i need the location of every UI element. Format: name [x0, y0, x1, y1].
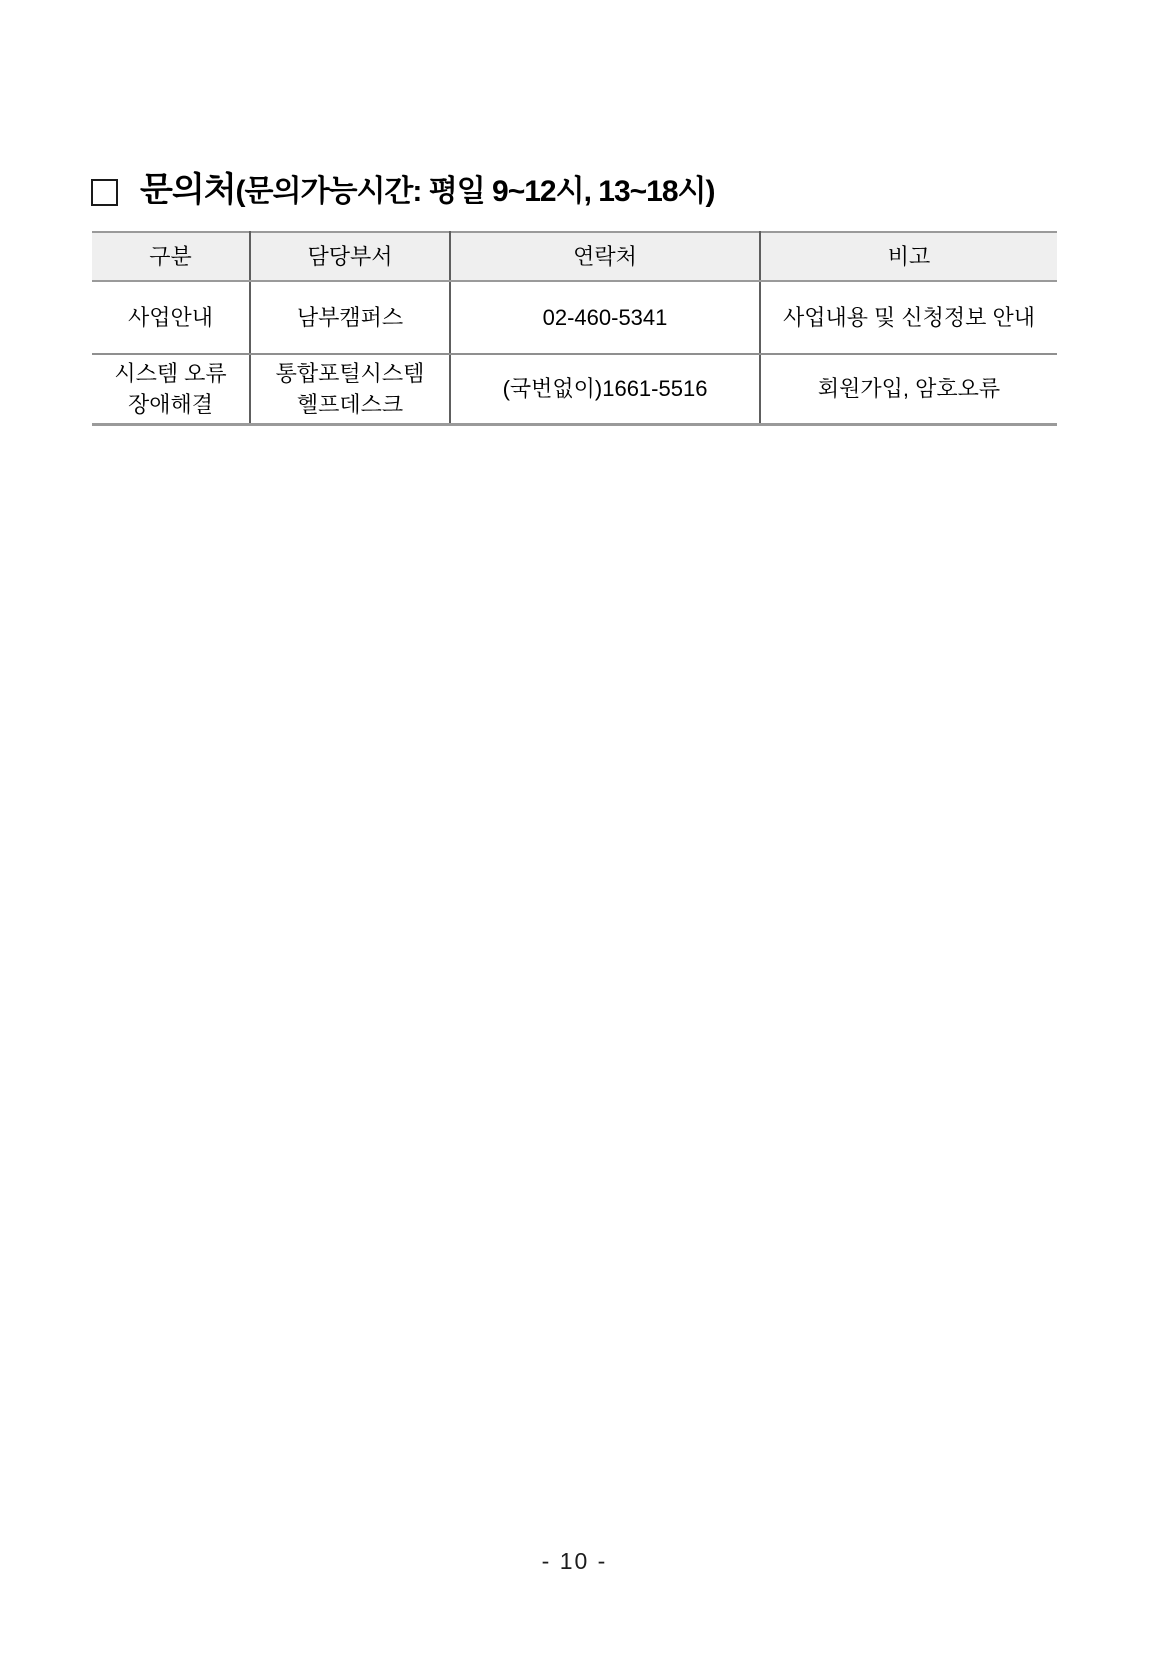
cell-category: 시스템 오류 장애해결: [92, 354, 250, 424]
table-row: 사업안내 남부캠퍼스 02-460-5341 사업내용 및 신청정보 안내: [92, 281, 1057, 354]
cell-contact: 02-460-5341: [450, 281, 760, 354]
section-title: 문의처(문의가능시간: 평일 9~12시, 13~18시): [140, 170, 715, 217]
cell-note: 사업내용 및 신청정보 안내: [760, 281, 1057, 354]
section-title-main: 문의처: [140, 171, 236, 209]
section-title-paren: (문의가능시간: 평일 9~12시, 13~18시): [236, 175, 715, 208]
col-header-department: 담당부서: [250, 232, 450, 281]
table-row: 시스템 오류 장애해결 통합포털시스템 헬프데스크 (국번없이)1661-551…: [92, 354, 1057, 424]
page-number: - 10 -: [92, 1548, 1057, 1575]
cell-department: 통합포털시스템 헬프데스크: [250, 354, 450, 424]
empty-square-icon: [91, 179, 118, 206]
cell-department: 남부캠퍼스: [250, 281, 450, 354]
contact-info-table: 구분 담당부서 연락처 비고 사업안내 남부캠퍼스 02-460-5341 사업…: [92, 231, 1057, 426]
table-header-row: 구분 담당부서 연락처 비고: [92, 232, 1057, 281]
col-header-category: 구분: [92, 232, 250, 281]
cell-note: 회원가입, 암호오류: [760, 354, 1057, 424]
section-heading: 문의처(문의가능시간: 평일 9~12시, 13~18시): [91, 170, 715, 217]
col-header-contact: 연락처: [450, 232, 760, 281]
document-page: 문의처(문의가능시간: 평일 9~12시, 13~18시) 구분 담당부서 연락…: [0, 0, 1170, 1654]
col-header-note: 비고: [760, 232, 1057, 281]
cell-category: 사업안내: [92, 281, 250, 354]
cell-contact: (국번없이)1661-5516: [450, 354, 760, 424]
